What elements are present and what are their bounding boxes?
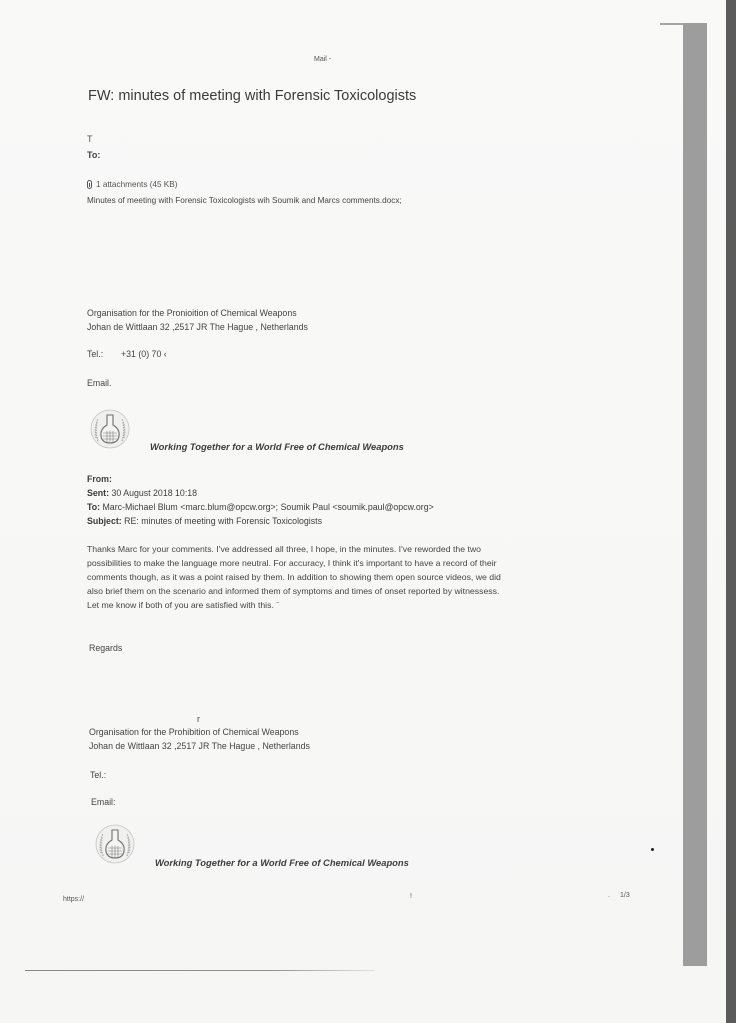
message-closing: Regards	[89, 643, 122, 653]
forwarded-from-label: From:	[87, 473, 112, 487]
organisation-tagline: Working Together for a World Free of Che…	[150, 441, 404, 452]
attachment-file-link[interactable]: Minutes of meeting with Forensic Toxicol…	[87, 196, 402, 205]
signature-address: Johan de Wittlaan 32 ,2517 JR The Hague …	[89, 739, 310, 753]
signature-email-label: Email:	[91, 795, 115, 809]
print-footer-page-number: 1/3	[620, 892, 630, 899]
signature-tel-label: Tel.:	[87, 347, 103, 361]
scanned-page: Mail - FW: minutes of meeting with Foren…	[0, 0, 726, 1023]
forwarded-subject: Subject: RE: minutes of meeting with For…	[87, 515, 322, 529]
bottom-divider	[25, 970, 375, 971]
email-subject-title: FW: minutes of meeting with Forensic Tox…	[88, 88, 416, 104]
message-body-line: Thanks Marc for your comments. I've addr…	[87, 542, 632, 556]
paperclip-icon	[87, 180, 92, 189]
signature-organisation: Organisation for the Prohibition of Chem…	[89, 725, 299, 739]
opcw-logo-icon	[94, 823, 136, 865]
attachments-summary[interactable]: 1 attachments (45 KB)	[87, 180, 177, 189]
forwarded-to-label: To:	[87, 502, 100, 512]
forwarded-subject-value: RE: minutes of meeting with Forensic Tox…	[124, 516, 322, 526]
message-body-line: comments though, as it was a point raise…	[87, 570, 632, 584]
signature-email-label: Email.	[87, 376, 111, 390]
print-footer-mark: !	[410, 893, 412, 900]
scan-artifact-dot	[651, 848, 654, 851]
print-footer-url: https://	[63, 896, 84, 903]
forwarded-subject-label: Subject:	[87, 516, 122, 526]
opcw-logo-icon	[89, 408, 131, 450]
print-header-title: Mail -	[314, 56, 331, 63]
signature-tel-label: Tel.:	[90, 768, 106, 782]
signature-tel-value: +31 (0) 70 ‹	[121, 347, 167, 361]
forwarded-sent-label: Sent:	[87, 488, 109, 498]
scan-shadow-cap	[660, 23, 684, 25]
message-body-line: also brief them on the scenario and info…	[87, 584, 632, 598]
message-body: Thanks Marc for your comments. I've addr…	[87, 542, 632, 612]
scan-right-edge	[726, 0, 736, 1023]
message-body-line: possibilities to make the language more …	[87, 556, 632, 570]
signature-address: Johan de Wittlaan 32 ,2517 JR The Hague …	[87, 320, 308, 334]
forwarded-to: To: Marc-Michael Blum <marc.blum@opcw.or…	[87, 501, 434, 515]
organisation-tagline: Working Together for a World Free of Che…	[155, 857, 409, 868]
signature-organisation: Organisation for the Pronioition of Chem…	[87, 306, 297, 320]
forwarded-to-value[interactable]: Marc-Michael Blum <marc.blum@opcw.org>; …	[102, 502, 433, 512]
signature-initial: r	[197, 714, 200, 724]
scan-shadow-bar	[683, 23, 707, 966]
print-footer-dot: .	[608, 892, 610, 899]
attachments-count: 1 attachments (45 KB)	[96, 180, 177, 189]
sender-initial: T	[87, 134, 93, 144]
forwarded-sent-value: 30 August 2018 10:18	[111, 488, 197, 498]
message-body-line: Let me know if both of you are satisfied…	[87, 598, 632, 612]
forwarded-sent: Sent: 30 August 2018 10:18	[87, 487, 197, 501]
recipient-label: To:	[87, 150, 100, 160]
